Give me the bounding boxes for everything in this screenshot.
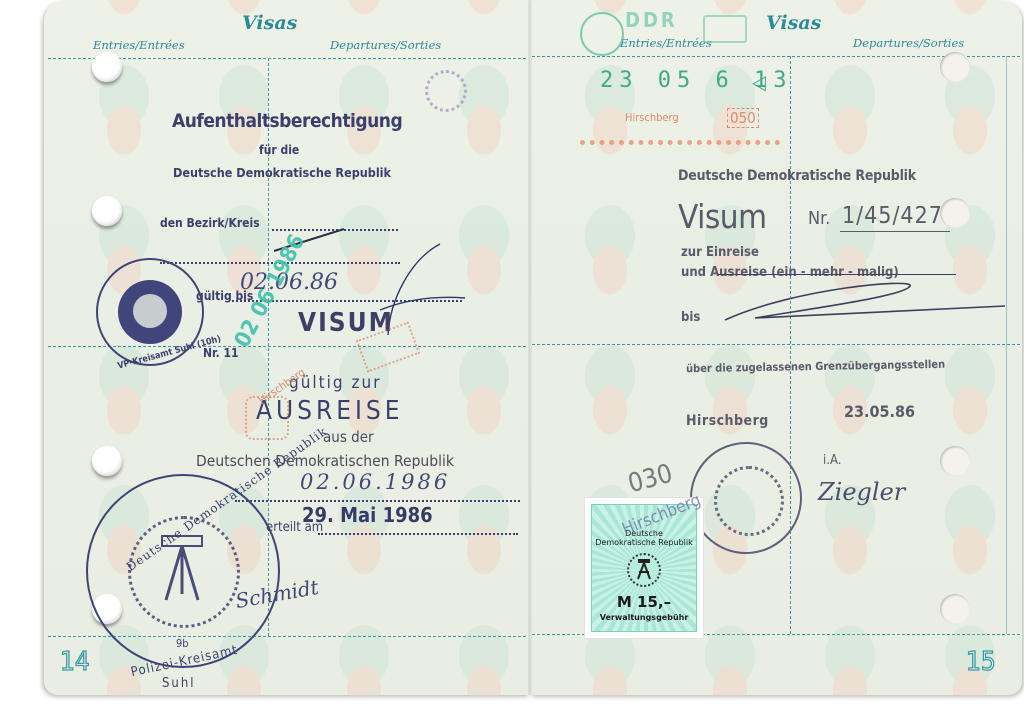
entry-stamp-vehicle-icon bbox=[703, 15, 747, 43]
departures-label-right: Departures/Sorties bbox=[853, 36, 964, 50]
punch-hole bbox=[92, 196, 122, 226]
visa-stamp-crossing-place: Hirschberg bbox=[686, 413, 769, 429]
dashed-line bbox=[532, 344, 1020, 345]
punch-hole bbox=[940, 52, 970, 82]
exit-visa-issued-label: erteilt am bbox=[266, 520, 323, 535]
visa-stamp-bis: bis bbox=[681, 310, 700, 325]
strike-scribble bbox=[715, 268, 1015, 330]
entry-stamp-place: Hirschberg bbox=[625, 111, 679, 124]
seal-emblem-icon bbox=[714, 466, 784, 536]
page-number-right: 15 bbox=[966, 647, 996, 677]
faded-seal-icon bbox=[425, 70, 467, 112]
page-number-left: 14 bbox=[60, 647, 90, 677]
exit-visa-bis-field bbox=[235, 500, 520, 502]
visa-stamp-nr-label: Nr. bbox=[808, 208, 830, 229]
dashed-line bbox=[790, 56, 791, 634]
visa-stamp-crossing-date: 23.05.86 bbox=[844, 402, 915, 421]
visa-stamp-ia: i.A. bbox=[823, 453, 841, 468]
entry-stamp-ornament bbox=[580, 128, 780, 145]
exit-visa-line4: Deutschen Demokratischen Republik bbox=[196, 452, 454, 470]
official-seal bbox=[690, 442, 802, 554]
border-stamp-ornament bbox=[245, 396, 289, 440]
visa-stamp-line2: zur Einreise bbox=[681, 245, 759, 260]
entry-stamp-emblem-icon bbox=[580, 12, 624, 56]
gdr-emblem-icon bbox=[627, 553, 661, 587]
margin-line bbox=[1006, 56, 1007, 634]
exit-visa-nr: Nr. 11 bbox=[203, 346, 239, 360]
entries-label-left: Entries/Entrées bbox=[93, 38, 185, 52]
police-seal-city: Suhl bbox=[162, 676, 196, 691]
punch-hole bbox=[940, 594, 970, 624]
punch-hole bbox=[92, 446, 122, 476]
fee-stamp-amount: M 15,– bbox=[592, 593, 696, 611]
entry-stamp-arrow-icon: ◁ bbox=[752, 70, 766, 94]
departures-label-left: Departures/Sorties bbox=[330, 38, 441, 52]
police-seal-number: 9b bbox=[176, 637, 189, 650]
residence-line2: Deutsche Demokratische Republik bbox=[173, 165, 391, 180]
visa-stamp-title: Visum bbox=[678, 200, 767, 233]
fee-stamp-line2: Demokratische Republik bbox=[592, 538, 696, 547]
punch-hole bbox=[940, 446, 970, 476]
visa-signature: Ziegler bbox=[818, 478, 905, 506]
punch-hole bbox=[940, 198, 970, 228]
exit-visa-line3: aus der bbox=[323, 428, 374, 446]
entry-stamp-number: 050 bbox=[727, 108, 759, 128]
fee-stamp-label: Verwaltungsgebühr bbox=[592, 613, 696, 622]
district-label: den Bezirk/Kreis bbox=[160, 216, 260, 230]
visa-stamp-nr-value: 1/45/427 bbox=[842, 203, 943, 229]
visa-stamp-country: Deutsche Demokratische Republik bbox=[678, 168, 916, 184]
visas-title-right: Visas bbox=[766, 12, 821, 34]
visas-title-left: Visas bbox=[242, 12, 297, 34]
entry-stamp-country: DDR bbox=[625, 8, 678, 32]
residence-line1: für die bbox=[259, 143, 299, 157]
exit-visa-handwritten-date: 02.06.1986 bbox=[300, 470, 450, 494]
entries-label-right: Entries/Entrées bbox=[620, 36, 712, 50]
page-gutter bbox=[528, 0, 532, 695]
residence-title: Aufenthaltsberechtigung bbox=[172, 110, 402, 132]
exit-visa-issued-field bbox=[318, 533, 518, 535]
punch-hole bbox=[92, 52, 122, 82]
